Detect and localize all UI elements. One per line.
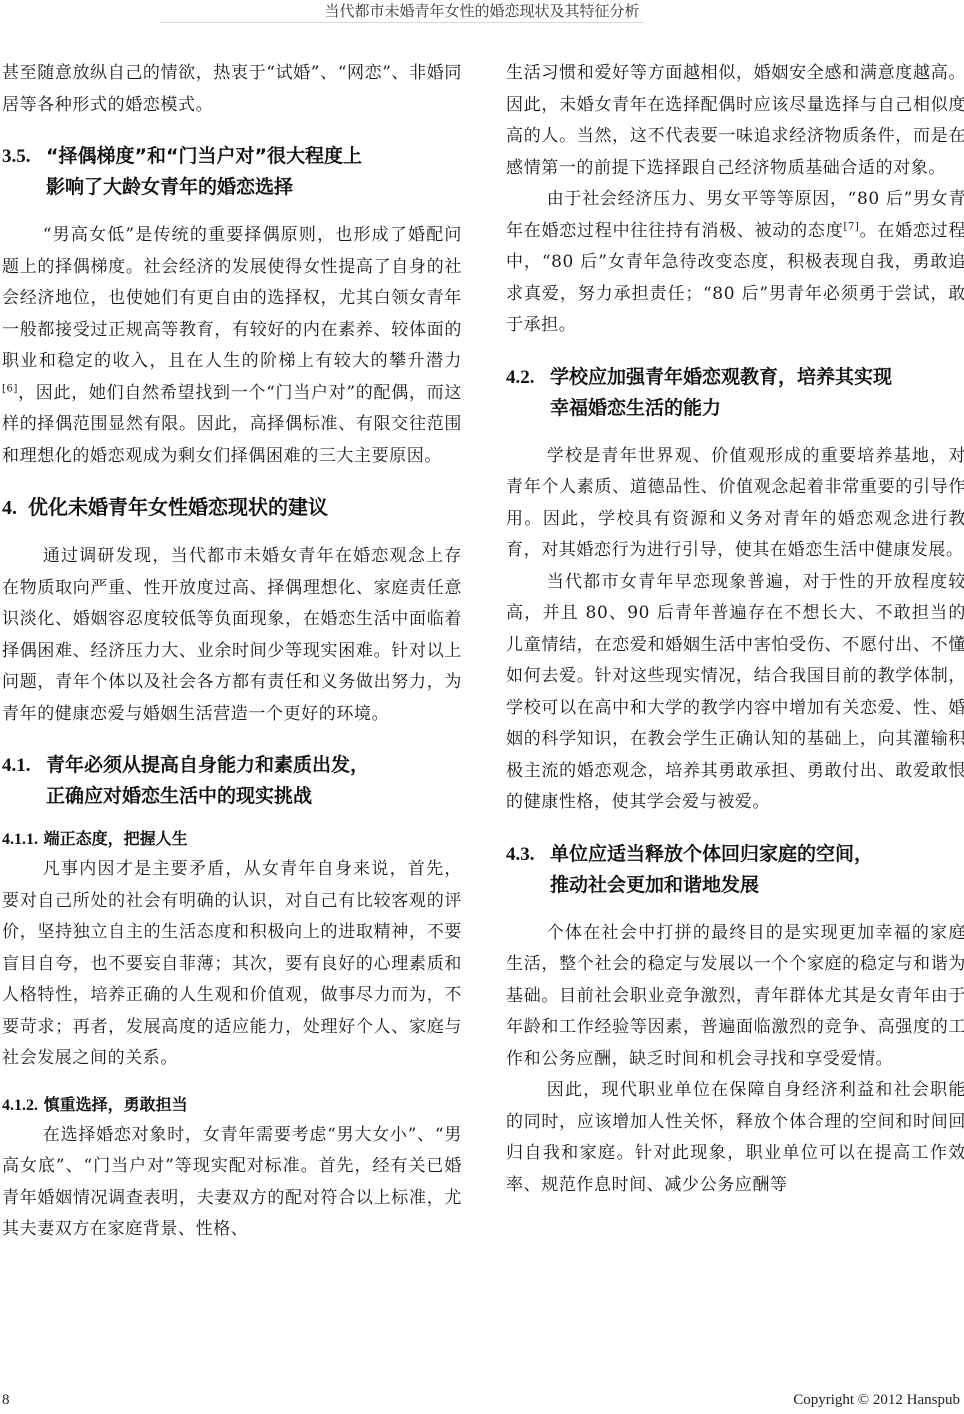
paragraph-4: 通过调研发现，当代都市未婚女青年在婚恋观念上存在物质取向严重、性开放度过高、择偶… <box>2 541 462 730</box>
copyright-notice: Copyright © 2012 Hanspub <box>793 1390 960 1410</box>
section-title-line1: 单位应适当释放个体回归家庭的空间， <box>550 843 873 865</box>
citation-ref: [6] <box>2 383 18 394</box>
subsection-heading-4-1-1: 4.1.1. 端正态度，把握人生 <box>2 825 462 854</box>
running-title: 当代都市未婚青年女性的婚恋现状及其特征分析 <box>324 2 639 20</box>
section-title-line2: 幸福婚恋生活的能力 <box>506 393 964 423</box>
section-heading-4-1: 4.1.青年必须从提高自身能力和素质出发， 正确应对婚恋生活中的现实挑战 <box>2 750 462 811</box>
paragraph-continued: 甚至随意放纵自己的情欲，热衷于“试婚”、“网恋”、非婚同居等各种形式的婚恋模式。 <box>2 58 462 121</box>
paragraph-text: “男高女低”是传统的重要择偶原则，也形成了婚配问题上的择偶梯度。社会经济的发展使… <box>2 225 462 371</box>
paragraph-4-1-2: 在选择婚恋对象时，女青年需要考虑“男大女小”、“男高女底”、“门当户对”等现实配… <box>2 1120 462 1246</box>
section-title-line2: 影响了大龄女青年的婚恋选择 <box>2 172 462 202</box>
subsection-title: 慎重选择，勇敢担当 <box>44 1095 188 1114</box>
section-number: 4.3. <box>506 840 550 870</box>
section-title-line1: 学校应加强青年婚恋观教育，培养其实现 <box>550 366 892 388</box>
section-number: 4. <box>2 493 28 523</box>
paragraph-continued: 生活习惯和爱好等方面越相似，婚姻安全感和满意度越高。因此，未婚女青年在选择配偶时… <box>506 58 964 184</box>
subsection-number: 4.1.2. <box>2 1097 38 1114</box>
right-column: 生活习惯和爱好等方面越相似，婚姻安全感和满意度越高。因此，未婚女青年在选择配偶时… <box>506 58 964 1201</box>
section-title-line1: “择偶梯度”和“门当户对”很大程度上 <box>46 145 362 167</box>
section-title-line2: 正确应对婚恋生活中的现实挑战 <box>2 781 462 811</box>
running-header: 当代都市未婚青年女性的婚恋现状及其特征分析 <box>0 0 964 28</box>
paragraph-text: ，因此，她们自然希望找到一个“门当户对”的配偶，而这样的择偶范围显然有限。因此，… <box>2 383 462 466</box>
paragraph-4-2-b: 当代都市女青年早恋现象普遍，对于性的开放程度较高，并且 80、90 后青年普遍存… <box>506 567 964 819</box>
section-number: 4.2. <box>506 363 550 393</box>
page-number: 8 <box>2 1390 10 1410</box>
subsection-title: 端正态度，把握人生 <box>44 829 188 848</box>
left-column: 甚至随意放纵自己的情欲，热衷于“试婚”、“网恋”、非婚同居等各种形式的婚恋模式。… <box>2 58 462 1246</box>
citation-ref: [7] <box>843 221 859 232</box>
section-number: 4.1. <box>2 751 46 781</box>
section-number: 3.5. <box>2 142 46 172</box>
paragraph-4-3-b: 因此，现代职业单位在保障自身经济利益和社会职能的同时，应该增加人性关怀，释放个体… <box>506 1075 964 1201</box>
paragraph-4-3-a: 个体在社会中打拼的最终目的是实现更加幸福的家庭生活，整个社会的稳定与发展以一个个… <box>506 918 964 1076</box>
section-heading-4-2: 4.2.学校应加强青年婚恋观教育，培养其实现 幸福婚恋生活的能力 <box>506 362 964 423</box>
section-heading-4-3: 4.3.单位应适当释放个体回归家庭的空间， 推动社会更加和谐地发展 <box>506 839 964 900</box>
paragraph-4-2-a: 学校是青年世界观、价值观形成的重要培养基地，对青年个人素质、道德品性、价值观念起… <box>506 441 964 567</box>
header-rule <box>160 22 644 23</box>
subsection-heading-4-1-2: 4.1.2. 慎重选择，勇敢担当 <box>2 1091 462 1120</box>
section-heading-4: 4.优化未婚青年女性婚恋现状的建议 <box>2 492 462 523</box>
paragraph-80s: 由于社会经济压力、男女平等等原因，“80 后”男女青年在婚恋过程中往往持有消极、… <box>506 184 964 342</box>
section-title-line2: 推动社会更加和谐地发展 <box>506 870 964 900</box>
section-title: 优化未婚青年女性婚恋现状的建议 <box>28 495 328 519</box>
section-title-line1: 青年必须从提高自身能力和素质出发， <box>46 754 369 776</box>
subsection-number: 4.1.1. <box>2 831 38 848</box>
paragraph-3-5: “男高女低”是传统的重要择偶原则，也形成了婚配问题上的择偶梯度。社会经济的发展使… <box>2 220 462 472</box>
paragraph-4-1-1: 凡事内因才是主要矛盾，从女青年自身来说，首先，要对自己所处的社会有明确的认识，对… <box>2 854 462 1075</box>
section-heading-3-5: 3.5.“择偶梯度”和“门当户对”很大程度上 影响了大龄女青年的婚恋选择 <box>2 141 462 202</box>
